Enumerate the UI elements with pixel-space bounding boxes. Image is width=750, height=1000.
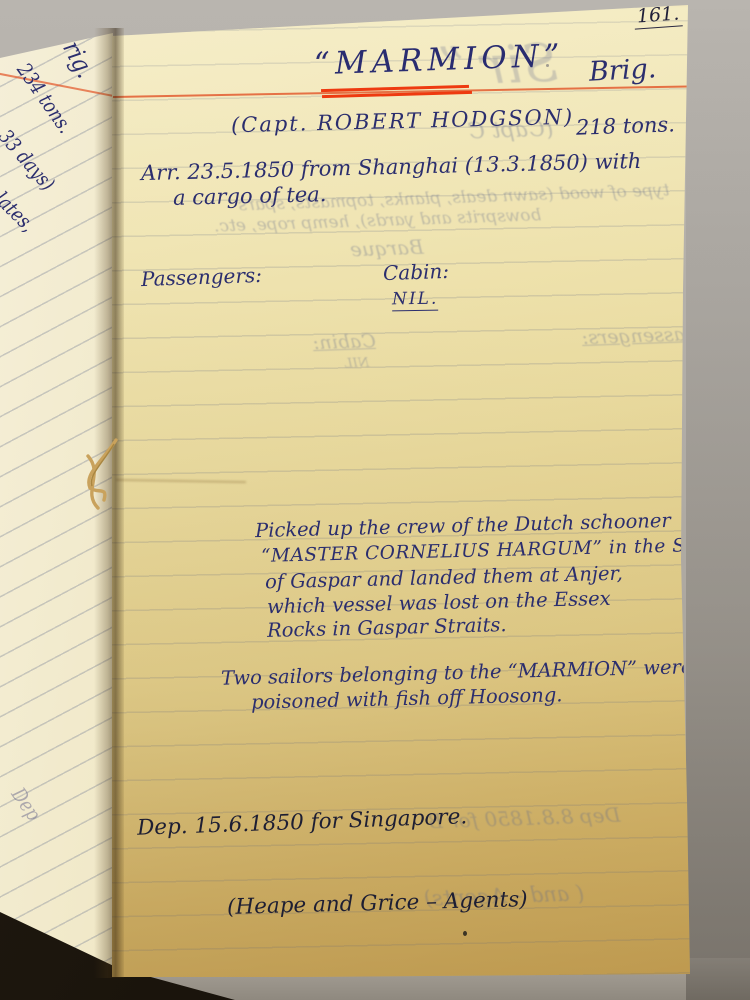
paper-speck: [546, 64, 549, 67]
binding-thread: [74, 434, 126, 524]
vessel-type-label: Brig.: [588, 53, 657, 87]
arrival-line-1: Arr. 23.5.1850 from Shanghai (13.3.1850)…: [141, 149, 642, 185]
agents-line: (Heape and Grice – Agents): [227, 887, 528, 920]
previous-page-fragment: Brig.: [50, 22, 100, 82]
arrival-line-2: a cargo of tea.: [173, 182, 327, 210]
ledger-photo: Brig. 234 tons. 33 days) olates, Dep Sir…: [0, 0, 750, 1000]
departure-line: Dep. 15.6.1850 for Singapore.: [137, 804, 468, 841]
previous-page-fragment: 33 days): [0, 125, 60, 196]
ghost-impression: Barque: [350, 235, 424, 262]
cabin-value: NIL.: [392, 289, 439, 312]
page-number: 161.: [633, 2, 683, 29]
tonnage-value: 218 tons.: [576, 112, 676, 139]
ghost-impression: NIL: [344, 356, 370, 372]
rescue-note-line: Rocks in Gaspar Straits.: [267, 613, 507, 642]
page-crease: [116, 479, 246, 483]
cabin-label: Cabin:: [383, 259, 450, 285]
right-background-shadow: [686, 0, 750, 1000]
poisoning-note-line: Two sailors belonging to the “MARMION” w…: [221, 655, 693, 690]
previous-page-fragment: Dep: [7, 783, 46, 825]
paper-speck: [463, 931, 467, 936]
ghost-impression: Passengers:: [582, 323, 698, 349]
ghost-impression: Cabin:: [313, 330, 376, 354]
passengers-label: Passengers:: [141, 263, 263, 291]
previous-page-fragment: olates,: [0, 179, 40, 236]
